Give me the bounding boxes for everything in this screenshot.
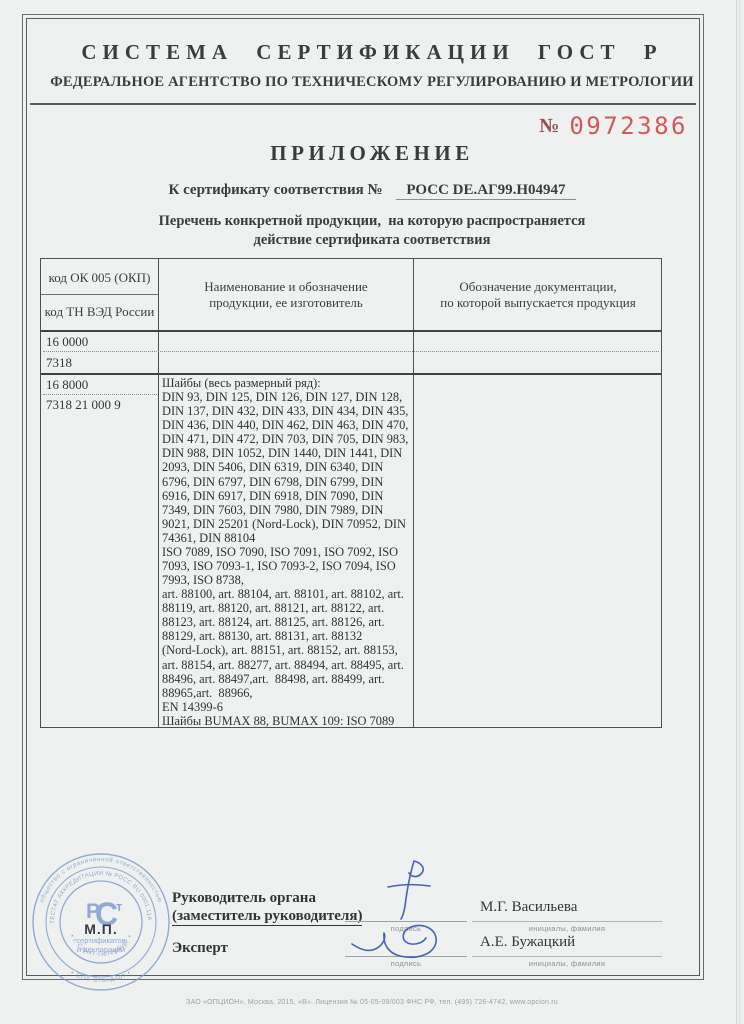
federal-agency-title: ФЕДЕРАЛЬНОЕ АГЕНТСТВО ПО ТЕХНИЧЕСКОМУ РЕ… [0, 74, 744, 91]
name-line-2 [472, 956, 662, 957]
certificate-appendix-page: СИСТЕМА СЕРТИФИКАЦИИ ГОСТ Р ФЕДЕРАЛЬНОЕ … [0, 0, 744, 1024]
row2-code-dotted-divider [43, 394, 157, 395]
table-row1-bottom-border [41, 373, 661, 375]
accreditation-stamp: общество с ограниченной ответственностью… [28, 849, 174, 995]
name-caption-2: инициалы, фамилия [472, 959, 662, 968]
handwritten-signature-2 [348, 918, 478, 964]
header-divider [30, 103, 696, 105]
expert-label: Эксперт [172, 940, 228, 957]
head-of-body-label: Руководитель органа [172, 890, 316, 907]
col1-header-tnved: код ТН ВЭД России [41, 295, 158, 329]
stamp-center-line2: и деклараций [77, 945, 125, 954]
appendix-title: ПРИЛОЖЕНИЕ [0, 141, 744, 166]
products-table: код ОК 005 (ОКП) код ТН ВЭД России Наиме… [40, 258, 662, 728]
rst-logo-t: т [116, 899, 122, 914]
certificate-reference-line: К сертификату соответствия № РОСС DE.АГ9… [0, 182, 744, 199]
expert-name: А.Е. Бужацкий [480, 934, 575, 951]
certificate-number: РОСС DE.АГ99.H04947 [396, 182, 575, 200]
product-list: Шайбы (весь размерный ряд): DIN 93, DIN … [162, 376, 414, 728]
row2-tnved-code: 7318 21 000 9 [46, 397, 121, 413]
col1-header-okp: код ОК 005 (ОКП) [41, 261, 158, 294]
deputy-head-label: (заместитель руководителя) [172, 908, 362, 926]
row1-okp-code: 16 0000 [46, 334, 88, 350]
certificate-reference-label: К сертификату соответствия № [168, 182, 382, 198]
product-scope-subtitle: Перечень конкретной продукции, на котору… [0, 212, 744, 250]
col3-header: Обозначение документации, по которой вып… [414, 259, 662, 330]
col2-header: Наименование и обозначение продукции, ее… [159, 259, 413, 330]
row2-okp-code: 16 8000 [46, 377, 88, 393]
numero-sign: № [539, 115, 559, 137]
table-header-bottom-border [41, 330, 661, 332]
row1-tnved-code: 7318 [46, 355, 72, 371]
stamp-center-line1: сертификатов [76, 936, 125, 945]
place-of-seal-mark: М.П. [84, 921, 118, 937]
serial-digits: 0972386 [569, 112, 688, 140]
blank-serial-number: № 0972386 [539, 112, 688, 140]
printer-imprint: ЗАО «ОПЦИОН», Москва, 2015, «В». Лицензи… [122, 999, 622, 1006]
name-caption-1: инициалы, фамилия [472, 924, 662, 933]
row1-code-dotted-divider [43, 351, 659, 352]
head-name: М.Г. Васильева [480, 899, 577, 916]
handwritten-signature-1 [352, 858, 472, 922]
certification-system-title: СИСТЕМА СЕРТИФИКАЦИИ ГОСТ Р [0, 40, 744, 65]
name-line-1 [472, 921, 662, 922]
